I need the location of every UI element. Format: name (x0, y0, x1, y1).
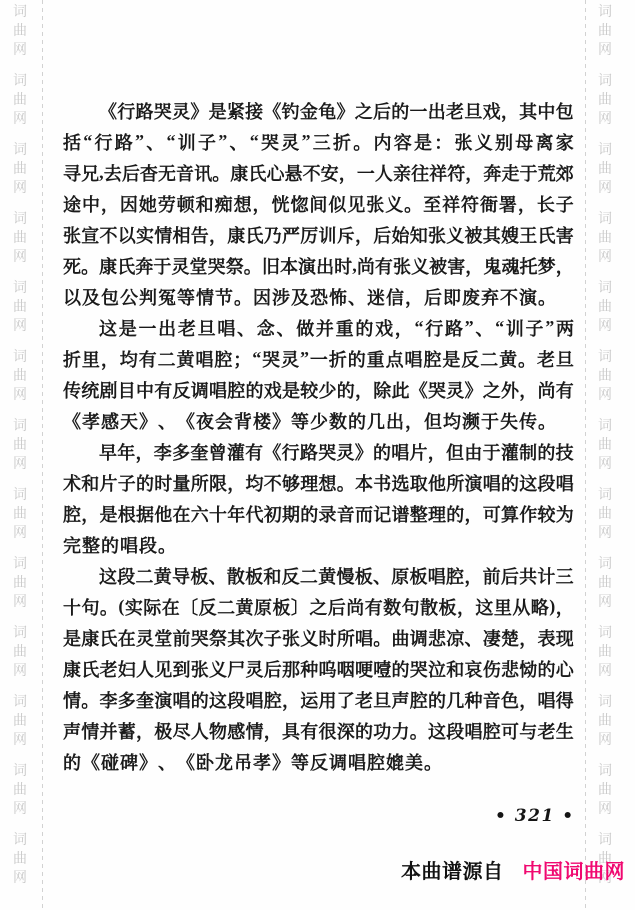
watermark-char: 曲 (7, 90, 33, 109)
watermark-char: 曲 (592, 297, 618, 316)
watermark-char: 网 (7, 109, 33, 128)
watermark-char: 曲 (592, 642, 618, 661)
watermark-group: 词曲网 (7, 830, 33, 887)
watermark-char: 词 (592, 71, 618, 90)
watermark-char: 词 (592, 692, 618, 711)
watermark-char: 词 (592, 2, 618, 21)
watermark-group: 词曲网 (592, 416, 618, 473)
watermark-group: 词曲网 (7, 692, 33, 749)
watermark-char: 曲 (7, 159, 33, 178)
watermark-char: 网 (7, 40, 33, 59)
watermark-char: 网 (7, 799, 33, 818)
watermark-char: 网 (592, 730, 618, 749)
watermark-char: 曲 (592, 90, 618, 109)
watermark-char: 网 (592, 109, 618, 128)
text-line: 术和片子的时量所限，均不够理想。本书选取他所演唱的这段唱 (63, 467, 574, 498)
watermark-char: 曲 (7, 435, 33, 454)
watermark-char: 词 (7, 761, 33, 780)
text-line: 是康氏在灵堂前哭祭其次子张义时所唱。曲调悲凉、凄楚，表现 (63, 622, 574, 653)
watermark-group: 词曲网 (592, 554, 618, 611)
left-margin-divider (42, 0, 43, 910)
watermark-char: 网 (7, 316, 33, 335)
text-line: 以及包公判冤等情节。因涉及恐怖、迷信，后即废弃不演。 (63, 281, 574, 312)
watermark-char: 曲 (7, 504, 33, 523)
text-line: 《孝感天》、《夜会背楼》等少数的几出，但均濒于失传。 (63, 405, 574, 436)
watermark-char: 词 (592, 140, 618, 159)
watermark-char: 曲 (7, 228, 33, 247)
text-line: 途中，因她劳顿和痴想，恍惚间似见张义。至祥符衙署，长子 (63, 188, 574, 219)
watermark-group: 词曲网 (592, 2, 618, 59)
text-line: 寻兄,去后杳无音讯。康氏心悬不安，一人亲往祥符，奔走于荒郊 (63, 157, 574, 188)
watermark-char: 词 (7, 485, 33, 504)
text-line: 传统剧目中有反调唱腔的戏是较少的，除此《哭灵》之外，尚有 (63, 374, 574, 405)
watermark-char: 词 (592, 416, 618, 435)
text-line: 张宣不以实情相告，康氏乃严厉训斥，后始知张义被其嫂王氏害 (63, 219, 574, 250)
watermark-char: 网 (592, 247, 618, 266)
footer-credit: 本曲谱源自 中国词曲网 (401, 855, 625, 884)
paragraph: 这段二黄导板、散板和反二黄慢板、原板唱腔，前后共计三十句。(实际在〔反二黄原板〕… (63, 560, 574, 777)
watermark-group: 词曲网 (7, 761, 33, 818)
watermark-group: 词曲网 (7, 140, 33, 197)
watermark-group: 词曲网 (7, 278, 33, 335)
watermark-group: 词曲网 (7, 209, 33, 266)
watermark-char: 词 (7, 830, 33, 849)
watermark-char: 曲 (7, 642, 33, 661)
watermark-char: 网 (592, 592, 618, 611)
paragraph: 早年，李多奎曾灌有《行路哭灵》的唱片，但由于灌制的技术和片子的时量所限，均不够理… (63, 436, 574, 560)
paragraph: 《行路哭灵》是紧接《钓金龟》之后的一出老旦戏，其中包括“行路”、“训子”、“哭灵… (63, 95, 574, 312)
watermark-char: 曲 (592, 21, 618, 40)
left-watermark-column: 词曲网词曲网词曲网词曲网词曲网词曲网词曲网词曲网词曲网词曲网词曲网词曲网词曲网 (7, 2, 33, 899)
text-block: 《行路哭灵》是紧接《钓金龟》之后的一出老旦戏，其中包括“行路”、“训子”、“哭灵… (63, 95, 574, 777)
watermark-char: 曲 (7, 573, 33, 592)
watermark-char: 网 (7, 178, 33, 197)
text-line: 康氏老妇人见到张义尸灵后那种呜咽哽噎的哭泣和哀伤悲恸的心 (63, 653, 574, 684)
watermark-char: 曲 (7, 849, 33, 868)
watermark-char: 网 (7, 385, 33, 404)
watermark-char: 曲 (592, 711, 618, 730)
watermark-group: 词曲网 (7, 71, 33, 128)
watermark-group: 词曲网 (592, 692, 618, 749)
watermark-group: 词曲网 (7, 416, 33, 473)
watermark-char: 网 (592, 40, 618, 59)
watermark-char: 曲 (7, 711, 33, 730)
text-line: 情。李多奎演唱的这段唱腔，运用了老旦声腔的几种音色，唱得 (63, 684, 574, 715)
watermark-group: 词曲网 (7, 2, 33, 59)
watermark-char: 网 (7, 592, 33, 611)
watermark-char: 词 (7, 209, 33, 228)
watermark-char: 曲 (7, 297, 33, 316)
watermark-char: 网 (7, 661, 33, 680)
watermark-char: 词 (592, 554, 618, 573)
watermark-char: 网 (7, 247, 33, 266)
watermark-char: 词 (7, 140, 33, 159)
watermark-char: 曲 (592, 573, 618, 592)
watermark-char: 词 (7, 347, 33, 366)
watermark-char: 网 (7, 868, 33, 887)
watermark-group: 词曲网 (7, 485, 33, 542)
watermark-char: 词 (7, 416, 33, 435)
right-margin-divider (585, 0, 586, 910)
watermark-char: 词 (7, 623, 33, 642)
text-line: 早年，李多奎曾灌有《行路哭灵》的唱片，但由于灌制的技 (63, 436, 574, 467)
watermark-char: 网 (7, 454, 33, 473)
watermark-char: 词 (7, 554, 33, 573)
watermark-group: 词曲网 (592, 71, 618, 128)
text-line: 这段二黄导板、散板和反二黄慢板、原板唱腔，前后共计三 (63, 560, 574, 591)
watermark-char: 词 (592, 623, 618, 642)
watermark-group: 词曲网 (592, 623, 618, 680)
watermark-group: 词曲网 (7, 554, 33, 611)
watermark-char: 词 (592, 347, 618, 366)
text-line: 十句。(实际在〔反二黄原板〕之后尚有数句散板，这里从略)， (63, 591, 574, 622)
watermark-char: 词 (592, 209, 618, 228)
watermark-char: 词 (7, 71, 33, 90)
watermark-char: 网 (592, 316, 618, 335)
watermark-char: 词 (592, 278, 618, 297)
footer-site-link[interactable]: 中国词曲网 (523, 855, 626, 884)
watermark-char: 词 (7, 278, 33, 297)
watermark-group: 词曲网 (7, 347, 33, 404)
watermark-char: 网 (7, 730, 33, 749)
paragraph: 这是一出老旦唱、念、做并重的戏，“行路”、“训子”两折里，均有二黄唱腔；“哭灵”… (63, 312, 574, 436)
watermark-char: 曲 (592, 780, 618, 799)
watermark-group: 词曲网 (592, 761, 618, 818)
text-line: 括“行路”、“训子”、“哭灵”三折。内容是：张义别母离家 (63, 126, 574, 157)
text-line: 折里，均有二黄唱腔；“哭灵”一折的重点唱腔是反二黄。老旦 (63, 343, 574, 374)
watermark-char: 网 (592, 799, 618, 818)
watermark-char: 网 (7, 523, 33, 542)
right-watermark-column: 词曲网词曲网词曲网词曲网词曲网词曲网词曲网词曲网词曲网词曲网词曲网词曲网词曲网 (592, 2, 618, 899)
footer-source-label: 本曲谱源自 (401, 855, 504, 884)
watermark-group: 词曲网 (592, 278, 618, 335)
text-line: 的《碰碑》、《卧龙吊孝》等反调唱腔媲美。 (63, 746, 574, 777)
watermark-group: 词曲网 (592, 209, 618, 266)
watermark-char: 曲 (7, 366, 33, 385)
watermark-char: 曲 (592, 504, 618, 523)
watermark-char: 曲 (7, 21, 33, 40)
watermark-char: 词 (7, 2, 33, 21)
page-number: • 321 • (495, 806, 575, 826)
text-line: 完整的唱段。 (63, 529, 574, 560)
watermark-char: 词 (592, 830, 618, 849)
watermark-char: 网 (592, 454, 618, 473)
watermark-group: 词曲网 (7, 623, 33, 680)
watermark-char: 曲 (592, 228, 618, 247)
watermark-group: 词曲网 (592, 347, 618, 404)
watermark-char: 曲 (592, 159, 618, 178)
watermark-group: 词曲网 (592, 485, 618, 542)
watermark-char: 曲 (592, 435, 618, 454)
watermark-group: 词曲网 (592, 140, 618, 197)
text-line: 这是一出老旦唱、念、做并重的戏，“行路”、“训子”两 (63, 312, 574, 343)
watermark-char: 曲 (7, 780, 33, 799)
watermark-char: 曲 (592, 366, 618, 385)
watermark-char: 词 (7, 692, 33, 711)
watermark-char: 网 (592, 523, 618, 542)
text-line: 声情并蓄，极尽人物感情，具有很深的功力。这段唱腔可与老生 (63, 715, 574, 746)
watermark-char: 网 (592, 178, 618, 197)
watermark-char: 词 (592, 485, 618, 504)
book-page: 词曲网词曲网词曲网词曲网词曲网词曲网词曲网词曲网词曲网词曲网词曲网词曲网词曲网 … (0, 0, 635, 910)
text-line: 《行路哭灵》是紧接《钓金龟》之后的一出老旦戏，其中包 (63, 95, 574, 126)
watermark-char: 词 (592, 761, 618, 780)
watermark-char: 网 (592, 385, 618, 404)
watermark-char: 网 (592, 661, 618, 680)
text-line: 腔，是根据他在六十年代初期的录音而记谱整理的，可算作较为 (63, 498, 574, 529)
text-line: 死。康氏奔于灵堂哭祭。旧本演出时,尚有张义被害，鬼魂托梦， (63, 250, 574, 281)
